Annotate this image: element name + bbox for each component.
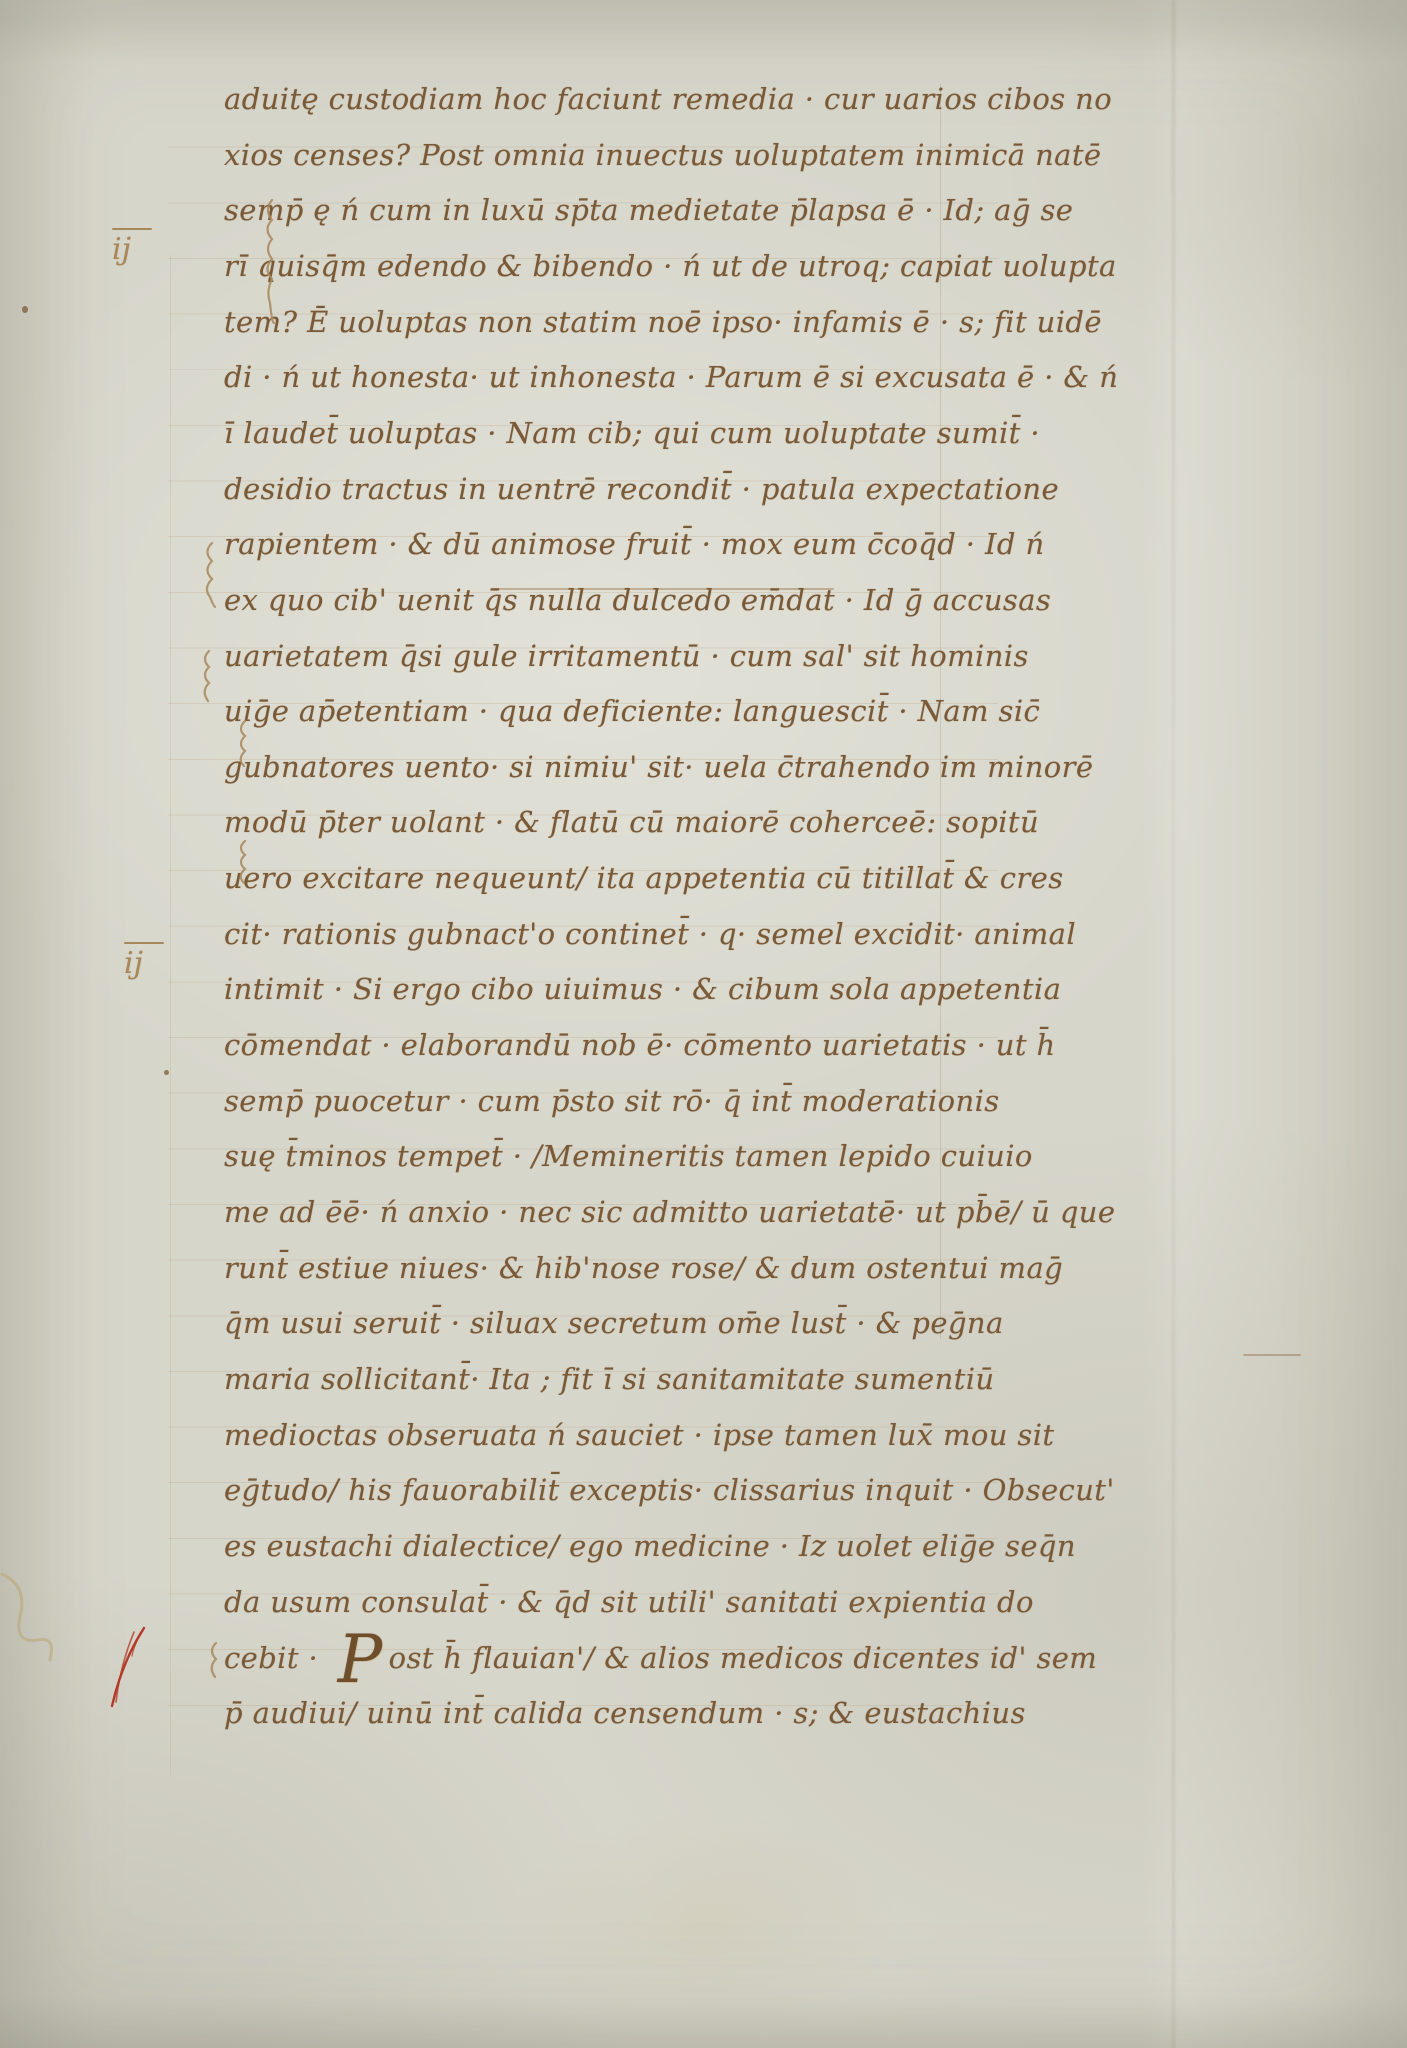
text-line: semp̄ ę ń cum in luxū sp̄ta medietate p̄… xyxy=(224,193,1073,227)
parchment-crease xyxy=(1172,0,1175,2048)
text-line: ī laudet̄ uoluptas · Nam cib; qui cum uo… xyxy=(224,416,1040,450)
margin-squiggle-icon xyxy=(204,1640,222,1682)
text-line: p̄ audiui/ uinū int̄ calida censendum · … xyxy=(224,1696,1026,1730)
text-line: semp̄ puocetur · cum p̄sto sit rō· q̄ in… xyxy=(224,1084,1000,1118)
manuscript-page: aduitę custodiam hoc faciunt remedia · c… xyxy=(0,0,1407,2048)
line-text: ost h̄ flauian'/ & alios medicos dicente… xyxy=(389,1641,1098,1675)
text-line: eḡtudo/ his fauorabilit̄ exceptis· cliss… xyxy=(224,1473,1115,1507)
faded-edge-flourish-icon xyxy=(0,1568,64,1678)
line-text: cebit · xyxy=(224,1641,328,1675)
quire-mark-bar xyxy=(124,942,164,944)
quire-mark-label: ij xyxy=(124,946,143,981)
rubric-flourish-icon xyxy=(104,1622,152,1712)
text-line: uero excitare nequeunt/ ita appetentia c… xyxy=(224,861,1063,895)
text-line: modū p̄ter uolant · & flatū cū maiorē co… xyxy=(224,805,1039,839)
quire-mark-label: ij xyxy=(112,232,131,267)
text-line: medioctas obseruata ń sauciet · ipse tam… xyxy=(224,1418,1054,1452)
text-block: aduitę custodiam hoc faciunt remedia · c… xyxy=(224,76,1014,1796)
margin-squiggle-icon xyxy=(232,718,254,770)
text-line: maria sollicitant̄· Ita ; fit ī si sanit… xyxy=(224,1362,995,1396)
text-line: es eustachi dialectice/ ego medicine · I… xyxy=(224,1529,1076,1563)
text-line: cōmendat · elaborandū nob ē· cōmento uar… xyxy=(224,1028,1056,1062)
reader-underline xyxy=(1243,1354,1301,1356)
text-line: cit· rationis gubnact'o continet̄ · q· s… xyxy=(224,917,1076,951)
text-line: cebit · Post h̄ flauian'/ & alios medico… xyxy=(224,1640,1097,1680)
text-line: xios censes? Post omnia inuectus uolupta… xyxy=(224,138,1101,172)
text-line: uiḡe ap̄etentiam · qua deficiente: langu… xyxy=(224,694,1040,728)
quire-mark-ij-mid: ij xyxy=(124,942,164,981)
text-line: rapientem · & dū animose fruit̄ · mox eu… xyxy=(224,527,1045,561)
decorated-initial-P: P xyxy=(338,1640,383,1680)
text-line: uarietatem q̄si gule irritamentū · cum s… xyxy=(224,639,1029,673)
text-line: rī quisq̄m edendo & bibendo · ń ut de ut… xyxy=(224,249,1117,283)
text-line: di · ń ut honesta· ut inhonesta · Parum … xyxy=(224,360,1118,394)
text-line: gubnatores uento· si nimiu' sit· uela c̄… xyxy=(224,750,1093,784)
text-line: runt̄ estiue niues· & hib'nose rose/ & d… xyxy=(224,1251,1063,1285)
text-line: me ad ēē· ń anxio · nec sic admitto uari… xyxy=(224,1195,1115,1229)
ink-dot xyxy=(22,306,28,313)
text-line: da usum consulat̄ · & q̄d sit utili' san… xyxy=(224,1585,1034,1619)
text-line: q̄m usui seruit̄ · siluax secretum om̄e … xyxy=(224,1306,1004,1340)
quire-mark-bar xyxy=(112,228,152,230)
margin-squiggle-icon xyxy=(196,648,218,706)
text-line: suę t̄minos tempet̄ · /Memineritis tamen… xyxy=(224,1139,1033,1173)
margin-squiggle-icon xyxy=(198,540,220,610)
ink-dot xyxy=(164,1070,169,1075)
text-line: tem? Ē uoluptas non statim noē ipso· inf… xyxy=(224,305,1102,339)
text-line: aduitę custodiam hoc faciunt remedia · c… xyxy=(224,82,1112,116)
margin-squiggle-icon xyxy=(232,838,254,886)
text-line: desidio tractus in uentrē recondit̄ · pa… xyxy=(224,472,1059,506)
quire-mark-ij-top: ij xyxy=(112,228,152,267)
text-line: intimit · Si ergo cibo uiuimus · & cibum… xyxy=(224,972,1061,1006)
margin-squiggle-icon xyxy=(258,196,284,326)
reader-underline xyxy=(492,588,834,590)
left-margin-ruling xyxy=(170,255,171,1775)
